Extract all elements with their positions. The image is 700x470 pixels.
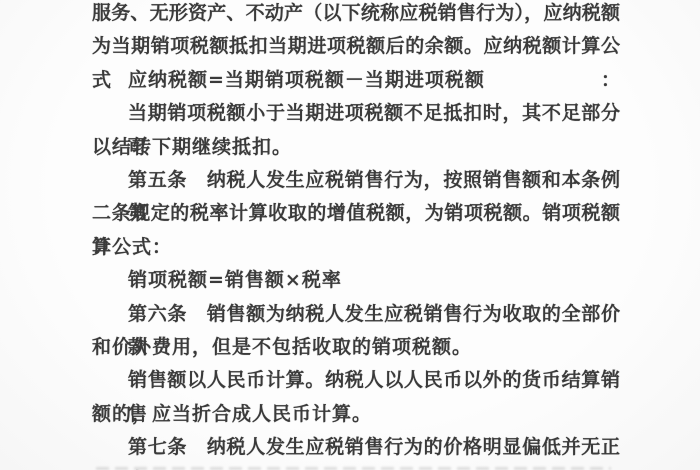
text-line: 以结转下期继续抵扣。 <box>92 131 620 164</box>
text-line: 为当期销项税额抵扣当期进项税额后的余额。应纳税额计算公式： <box>92 30 620 63</box>
text-line-article-6: 第六条 销售额为纳税人发生应税销售行为收取的全部价款 <box>92 298 620 331</box>
text-line: 当期销项税额小于当期进项税额不足抵扣时，其不足部分可 <box>92 97 620 130</box>
document-text-block: 服务、无形资产、不动产（以下统称应税销售行为），应纳税额 为当期销项税额抵扣当期… <box>92 0 620 464</box>
formula-line: 销项税额=销售额×税率 <box>92 264 620 297</box>
document-page: 服务、无形资产、不动产（以下统称应税销售行为），应纳税额 为当期销项税额抵扣当期… <box>0 0 700 470</box>
text-line: 和价外费用，但是不包括收取的销项税额。 <box>92 331 620 364</box>
text-line: 算公式： <box>92 231 620 264</box>
text-line-article-7: 第七条 纳税人发生应税销售行为的价格明显偏低并无正当 <box>92 431 620 464</box>
text-line: 销售额以人民币计算。纳税人以人民币以外的货币结算销售 <box>92 364 620 397</box>
text-line: 服务、无形资产、不动产（以下统称应税销售行为），应纳税额 <box>92 0 620 30</box>
text-line: 额的，应当折合成人民币计算。 <box>92 398 620 431</box>
text-line-article-5: 第五条 纳税人发生应税销售行为，按照销售额和本条例第 <box>92 164 620 197</box>
text-line: 二条规定的税率计算收取的增值税额，为销项税额。销项税额计 <box>92 197 620 230</box>
